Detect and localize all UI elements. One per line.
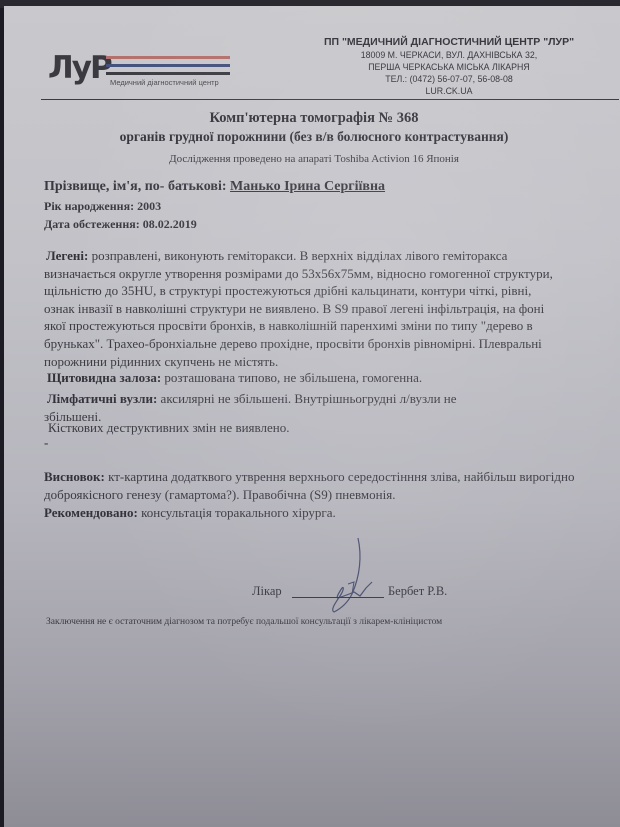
report-page: ЛуР Медичний діагностичний центр ПП "МЕД… [4, 6, 620, 827]
thyroid-label: Щитовидна залоза: [47, 370, 161, 385]
disclaimer: Заключення не є остаточним діагнозом та … [46, 617, 442, 627]
doctor-signature [314, 536, 384, 616]
organization-phone: ТЕЛ.: (0472) 56-07-07, 56-08-08 [304, 73, 594, 85]
conclusion-text: кт-картина додатквого утврення верхнього… [44, 469, 574, 502]
logo-stripe-red [106, 56, 230, 59]
doctor-name: Бербет Р.В. [388, 584, 447, 599]
exam-date-label: Дата обстеження: [44, 217, 140, 231]
recommendation-text: консультація торакального хірурга. [141, 505, 336, 520]
logo-mark: ЛуР [48, 50, 111, 86]
header-divider [41, 99, 619, 100]
doctor-role-label: Лікар [252, 584, 282, 599]
lungs-label: Легені: [46, 248, 88, 263]
birth-year-label: Рік народження: [44, 199, 134, 213]
lungs-findings: Легені: розправлені, виконують геміторак… [44, 247, 564, 370]
thyroid-findings: Щитовидна залоза: розташована типово, не… [47, 369, 567, 387]
dash-marker: - [44, 434, 564, 452]
birth-year-value: 2003 [137, 199, 161, 213]
birth-year-row: Рік народження: 2003 [44, 199, 161, 214]
organization-address-1: 18009 М. ЧЕРКАСИ, ВУЛ. ДАХНІВСЬКА 32, [304, 49, 594, 61]
patient-name-row: Прізвище, ім'я, по- батькові: Манько Іри… [44, 179, 385, 195]
organization-address-2: ПЕРША ЧЕРКАСЬКА МІСЬКА ЛІКАРНЯ [304, 61, 594, 73]
logo-subtitle: Медичний діагностичний центр [110, 78, 219, 87]
lymph-nodes-label: Лімфатичні вузли: [47, 391, 157, 406]
report-title: Комп'ютерна томографія № 368 [4, 110, 620, 127]
organization-info: ПП "МЕДИЧНИЙ ДІАГНОСТИЧНИЙ ЦЕНТР "ЛУР" 1… [304, 36, 594, 97]
conclusion-label: Висновок: [44, 469, 105, 484]
clinic-logo: ЛуР Медичний діагностичний центр [44, 48, 244, 98]
patient-name-value: Манько Ірина Сергіївна [230, 179, 385, 194]
organization-website: LUR.CK.UA [304, 85, 594, 97]
report-subtitle: органів грудної порожнини (без в/в болюс… [4, 129, 620, 145]
logo-stripe-blue [106, 64, 230, 67]
lungs-text: розправлені, виконують геміторакси. В ве… [44, 248, 553, 369]
thyroid-text: розташована типово, не збільшена, гомоге… [164, 370, 422, 385]
conclusion: Висновок: кт-картина додатквого утврення… [44, 468, 584, 503]
logo-stripe-dark [106, 72, 230, 75]
patient-name-label: Прізвище, ім'я, по- батькові: [44, 179, 227, 194]
recommendation: Рекомендовано: консультація торакального… [44, 504, 564, 522]
exam-date-value: 08.02.2019 [143, 217, 197, 231]
bones-text: Кісткових деструктивних змін не виявлено… [48, 420, 289, 435]
recommendation-label: Рекомендовано: [44, 505, 138, 520]
exam-date-row: Дата обстеження: 08.02.2019 [44, 217, 197, 232]
organization-name: ПП "МЕДИЧНИЙ ДІАГНОСТИЧНИЙ ЦЕНТР "ЛУР" [304, 36, 594, 49]
equipment-note: Дослідження проведено на апараті Toshiba… [4, 153, 620, 165]
signature-line [292, 597, 384, 598]
